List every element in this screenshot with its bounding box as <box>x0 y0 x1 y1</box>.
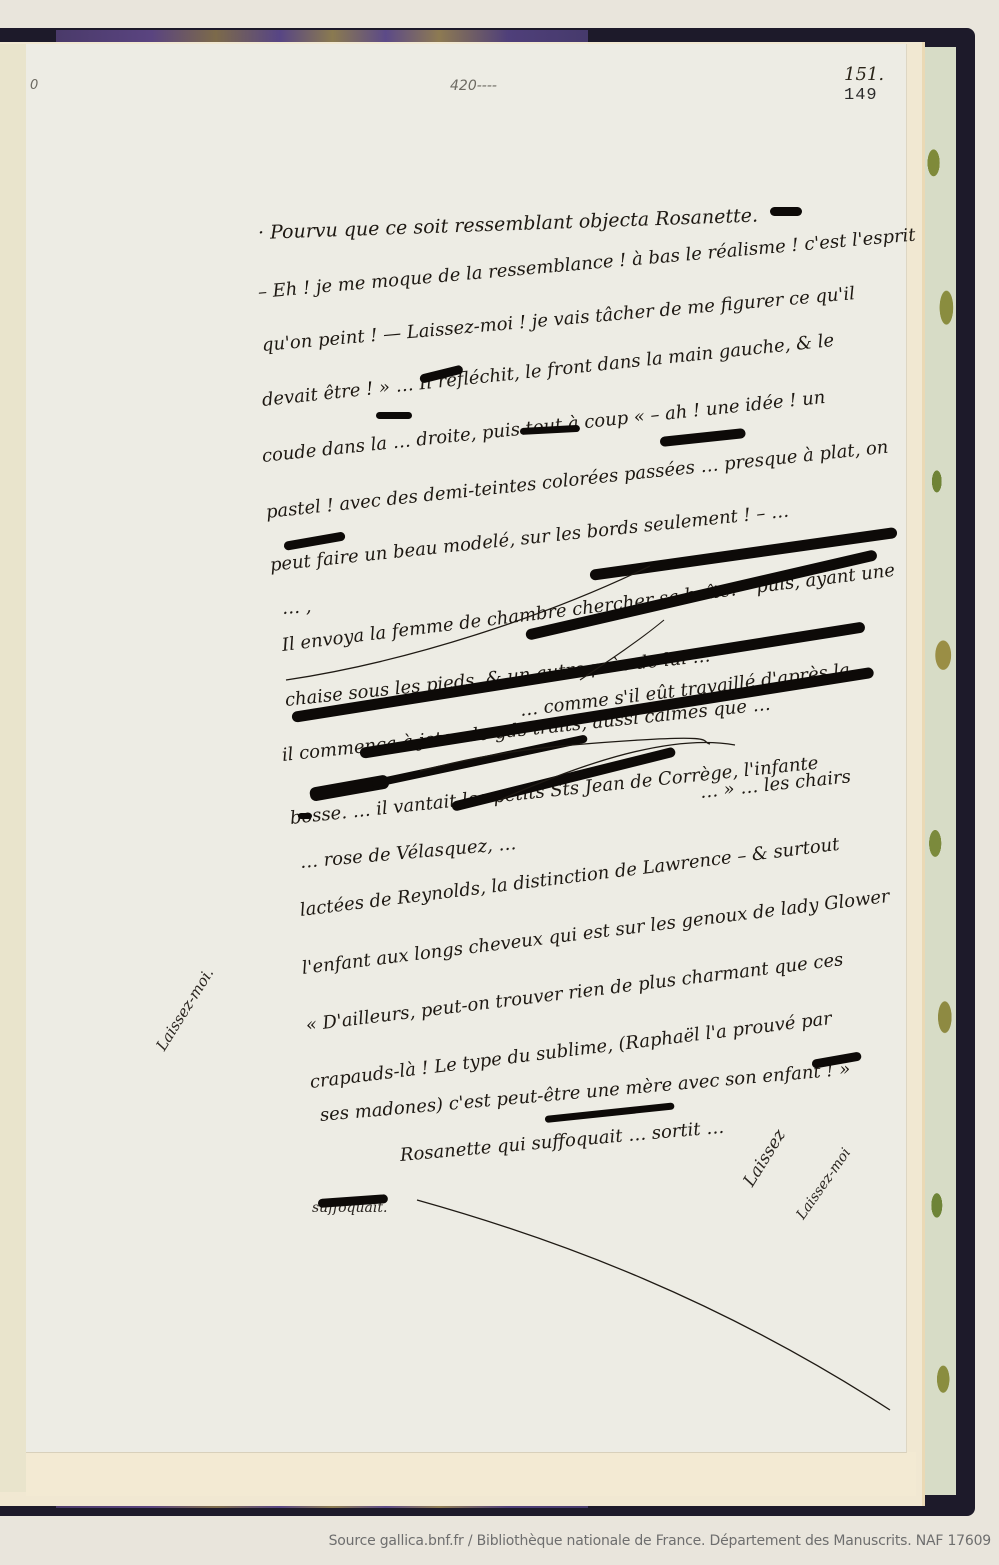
folio-ink-number: 151. <box>844 64 884 85</box>
left-leaf-edge <box>0 44 27 1492</box>
strike-blot <box>770 207 802 216</box>
source-attribution: Source gallica.bnf.fr / Bibliothèque nat… <box>329 1533 991 1549</box>
strike-blot <box>298 813 312 819</box>
folio-stamp-number: 149 <box>844 86 878 105</box>
pencil-mark-left: 0 <box>30 78 38 93</box>
strike-blot <box>376 412 412 419</box>
pencil-number-top: 420---- <box>450 78 497 94</box>
page-bottom-edge <box>26 1452 916 1496</box>
marbled-endpaper <box>924 47 956 1495</box>
manuscript-line: … , <box>281 596 312 619</box>
